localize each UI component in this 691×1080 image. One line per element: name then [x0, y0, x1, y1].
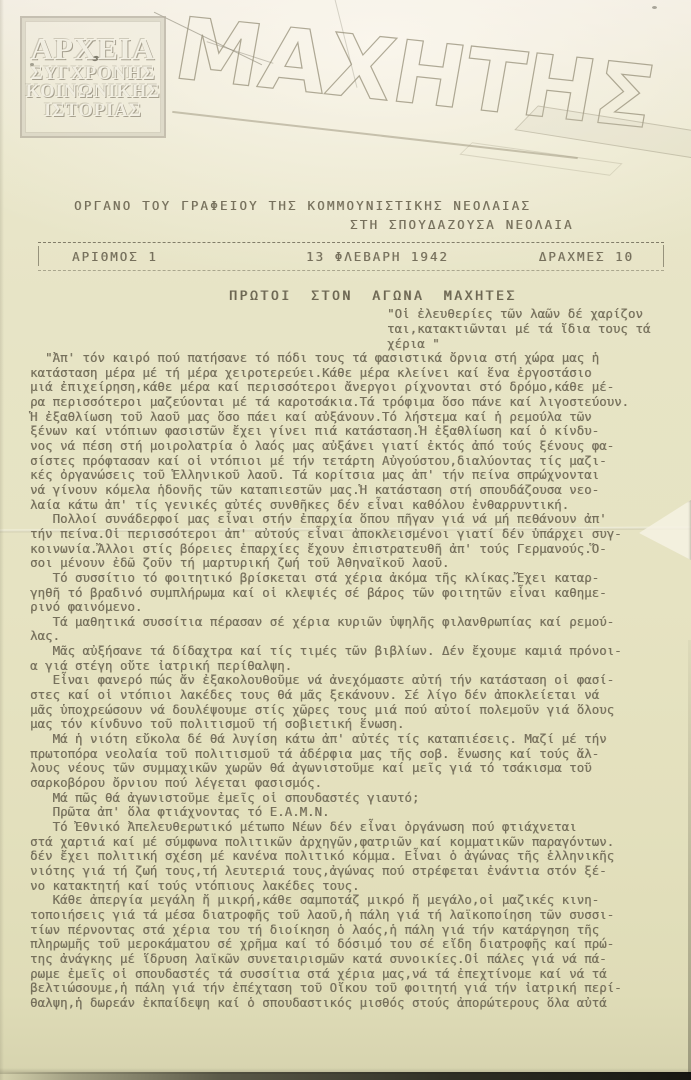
paper-edge-bottom [0, 1072, 691, 1080]
masthead-shadow-shape [459, 142, 622, 175]
article-headline: ΠΡΩΤΟΙ ΣΤΟΝ ΑΓΩΝΑ ΜΑΧΗΤΕΣ [229, 289, 517, 304]
body-line: σοι μένουν ἐδῶ ζοῦν τή μαρτυρική ζωή τοῦ… [30, 556, 690, 571]
body-line: Μά πῶς θά ἀγωνιστοῦμε ἐμεῖς οἱ σπουδαστέ… [30, 791, 690, 806]
masthead: ΜΑΧΗΤΗΣ [165, 6, 625, 156]
rule-tick-right [663, 245, 664, 267]
body-line: νιότης γιά τή ζωή τους,τή λευτεριά τους,… [30, 864, 690, 879]
body-line: νο κατακτητή καί τούς ντόπιους λακέδες τ… [30, 879, 690, 894]
epigraph-line: χέρια " [387, 336, 650, 351]
watermark-line: ΑΡΧΕΙΑ [31, 33, 156, 65]
body-line: θαλψη,ἡ δωρεάν ἐκπαίδεψη καί ὁ σπουδαστι… [30, 996, 690, 1011]
issue-date: 13 ΦΛΕΒΑΡΗ 1942 [306, 249, 449, 264]
issue-info-row: ΑΡΙΘΜΟΣ 1 13 ΦΛΕΒΑΡΗ 1942 ΔΡΑΧΜΕΣ 10 [38, 242, 664, 271]
body-line: λους νέους τῶν συμμαχικῶν χωρῶν θά ἀγωνι… [30, 761, 690, 776]
body-line: δέν ἔχει πολιτική σχέση μέ κανένα πολιτι… [30, 849, 690, 864]
body-line: βελτιώσουμε,ἡ πάλη γιά τήν ἐπέχταση τοῦ … [30, 981, 690, 996]
body-line: Μά ἡ νιότη εὔκολα δέ θά λυγίση κάτω ἀπ' … [30, 732, 690, 747]
body-line: σαρκοβόρου ὄρνιου πού λέγεται φασισμός. [30, 776, 690, 791]
body-line: νά γίνουν κόμελα ἡδονῆς τῶν καταπιεστῶν … [30, 483, 690, 498]
epigraph-line: ται,κατακτιῶνται μέ τά ἴδια τους τά [387, 321, 650, 336]
organ-line: ΟΡΓΑΝΟ ΤΟΥ ΓΡΑΦΕΙΟΥ ΤΗΣ ΚΟΜΜΟΥΝΙΣΤΙΚΗΣ Ν… [74, 198, 531, 213]
body-line: νος νά πέση στή μοιρολατρία ὁ λαός μας α… [30, 439, 690, 454]
body-line: Εἶναι φανερό πώς ἄν ἐξακολουθοῦμε νά ἀνε… [30, 673, 690, 688]
rule-tick-left [38, 246, 39, 266]
body-line: Τό Ἐθνικό Ἀπελευθερωτικό μέτωπο Νέων δέν… [30, 820, 690, 835]
body-line: τίων πέρνοντας στά χέρια του τή διοίκηση… [30, 923, 690, 938]
body-line: κατάσταση μέρα μέ τή μέρα χειροτερεύει.Κ… [30, 366, 690, 381]
epigraph-line: "Οἱ ἐλευθερίες τῶν λαῶν δέ χαρίζον [387, 306, 650, 321]
body-line: στες καί οἱ ντόπιοι λακέδες τους θά μᾶς … [30, 688, 690, 703]
article-body: "Ἀπ' τόν καιρό πού πατήσανε τό πόδι τους… [30, 351, 690, 1011]
body-line: στά χαρτιά καί μέ σύμφωνα πολιτικῶν ἀρχη… [30, 835, 690, 850]
body-line: μᾶς ὑποχρεώσουν νά δουλέψουμε στίς χῶρες… [30, 703, 690, 718]
paper-edge-left [0, 0, 4, 1080]
article-epigraph: "Οἱ ἐλευθερίες τῶν λαῶν δέ χαρίζονται,κα… [387, 306, 650, 351]
body-line: σίστες πρόφτασαν καί οἱ ντόπιοι μέ τήν τ… [30, 454, 690, 469]
body-line: λας. [30, 629, 690, 644]
scanned-document-page: ΑΡΧΕΙΑΣΥΓΧΡΟΝΗΣΚΟΙΝΩΝΙΚΗΣΙΣΤΟΡΙΑΣ ΜΑΧΗΤΗ… [0, 0, 691, 1080]
audience-line: ΣΤΗ ΣΠΟΥΔΑΖΟΥΣΑ ΝΕΟΛΑΙΑ [350, 217, 574, 232]
body-line: Τό συσσίτιο τό φοιτητικό βρίσκεται στά χ… [30, 571, 690, 586]
issue-number: ΑΡΙΘΜΟΣ 1 [72, 249, 158, 264]
body-line: μας τόν κίνδυνο τοῦ πολιτισμοῦ τή σοβιετ… [30, 717, 690, 732]
ink-speck [652, 6, 657, 9]
body-line: τοποιήσεις γιά τά μέσα διατροφῆς τοῦ λαο… [30, 908, 690, 923]
body-line: λαία κάτω ἀπ' τίς γενικές αὐτές συνθῆκες… [30, 498, 690, 513]
body-line: ρινό φαινόμενο. [30, 600, 690, 615]
body-line: Πρῶτα ἀπ' ὅλα φτιάχνοντας τό Ε.Α.Μ.Ν. [30, 805, 690, 820]
watermark-line: ΚΟΙΝΩΝΙΚΗΣ [26, 83, 161, 102]
body-line: Πολλοί συνάδερφοί μας εἶναι στήν ἐπαρχία… [30, 512, 690, 527]
issue-price: ΔΡΑΧΜΕΣ 10 [539, 249, 634, 264]
body-line: πρωτοπόρα νεολαία τοῦ πολιτισμοῦ τά ἀδέρ… [30, 747, 690, 762]
watermark-line: ΣΥΓΧΡΟΝΗΣ [30, 65, 155, 84]
watermark-line: ΙΣΤΟΡΙΑΣ [44, 102, 142, 121]
archive-watermark: ΑΡΧΕΙΑΣΥΓΧΡΟΝΗΣΚΟΙΝΩΝΙΚΗΣΙΣΤΟΡΙΑΣ [20, 16, 166, 138]
body-line: κές ὀργανώσεις τοῦ Ἑλληνικοῦ λαοῦ. Τά κο… [30, 468, 690, 483]
body-line: Μᾶς αὐξήσανε τά δίδαχτρα καί τίς τιμές τ… [30, 644, 690, 659]
body-line: Ἡ ἐξαθλίωση τοῦ λαοῦ μας ὅσο πάει καί αὐ… [30, 410, 690, 425]
body-line: της ἀνάγκης μέ ἵδρυση λαϊκῶν συνεταιρισμ… [30, 952, 690, 967]
body-line: "Ἀπ' τόν καιρό πού πατήσανε τό πόδι τους… [30, 351, 690, 366]
body-line: πληρωμῆς τοῦ μεροκάματου σέ χρῆμα καί τό… [30, 937, 690, 952]
body-line: γηθῆ τό βραδινό συμπλήρωμα καί οἱ κλεψιέ… [30, 586, 690, 601]
body-line: α γιά στέγη οὔτε ἰατρική περίθαλψη. [30, 659, 690, 674]
body-line: κοινωνία.Ἄλλοι στίς βόρειες ἐπαρχίες ἔχο… [30, 542, 690, 557]
body-line: ρα περισσότεροι μαζεύονται μέ τά καροτσά… [30, 395, 690, 410]
body-line: Τά μαθητικά συσσίτια πέρασαν σέ χέρια κυ… [30, 615, 690, 630]
body-line: μιά ἐπιχείρηση,κάθε μέρα καί περισσότερο… [30, 380, 690, 395]
body-line: τήν πείνα.Οἱ περισσότεροι ἀπ' αὐτούς εἶν… [30, 527, 690, 542]
body-line: Κάθε ἀπεργία μεγάλη ἤ μικρή,κάθε σαμποτά… [30, 893, 690, 908]
body-line: ρωμε ἐμεῖς οἱ σπουδαστές τά συσσίτια στά… [30, 967, 690, 982]
body-line: ξένων καί ντόπιων φασιστῶν ἔχει γίνει πι… [30, 424, 690, 439]
